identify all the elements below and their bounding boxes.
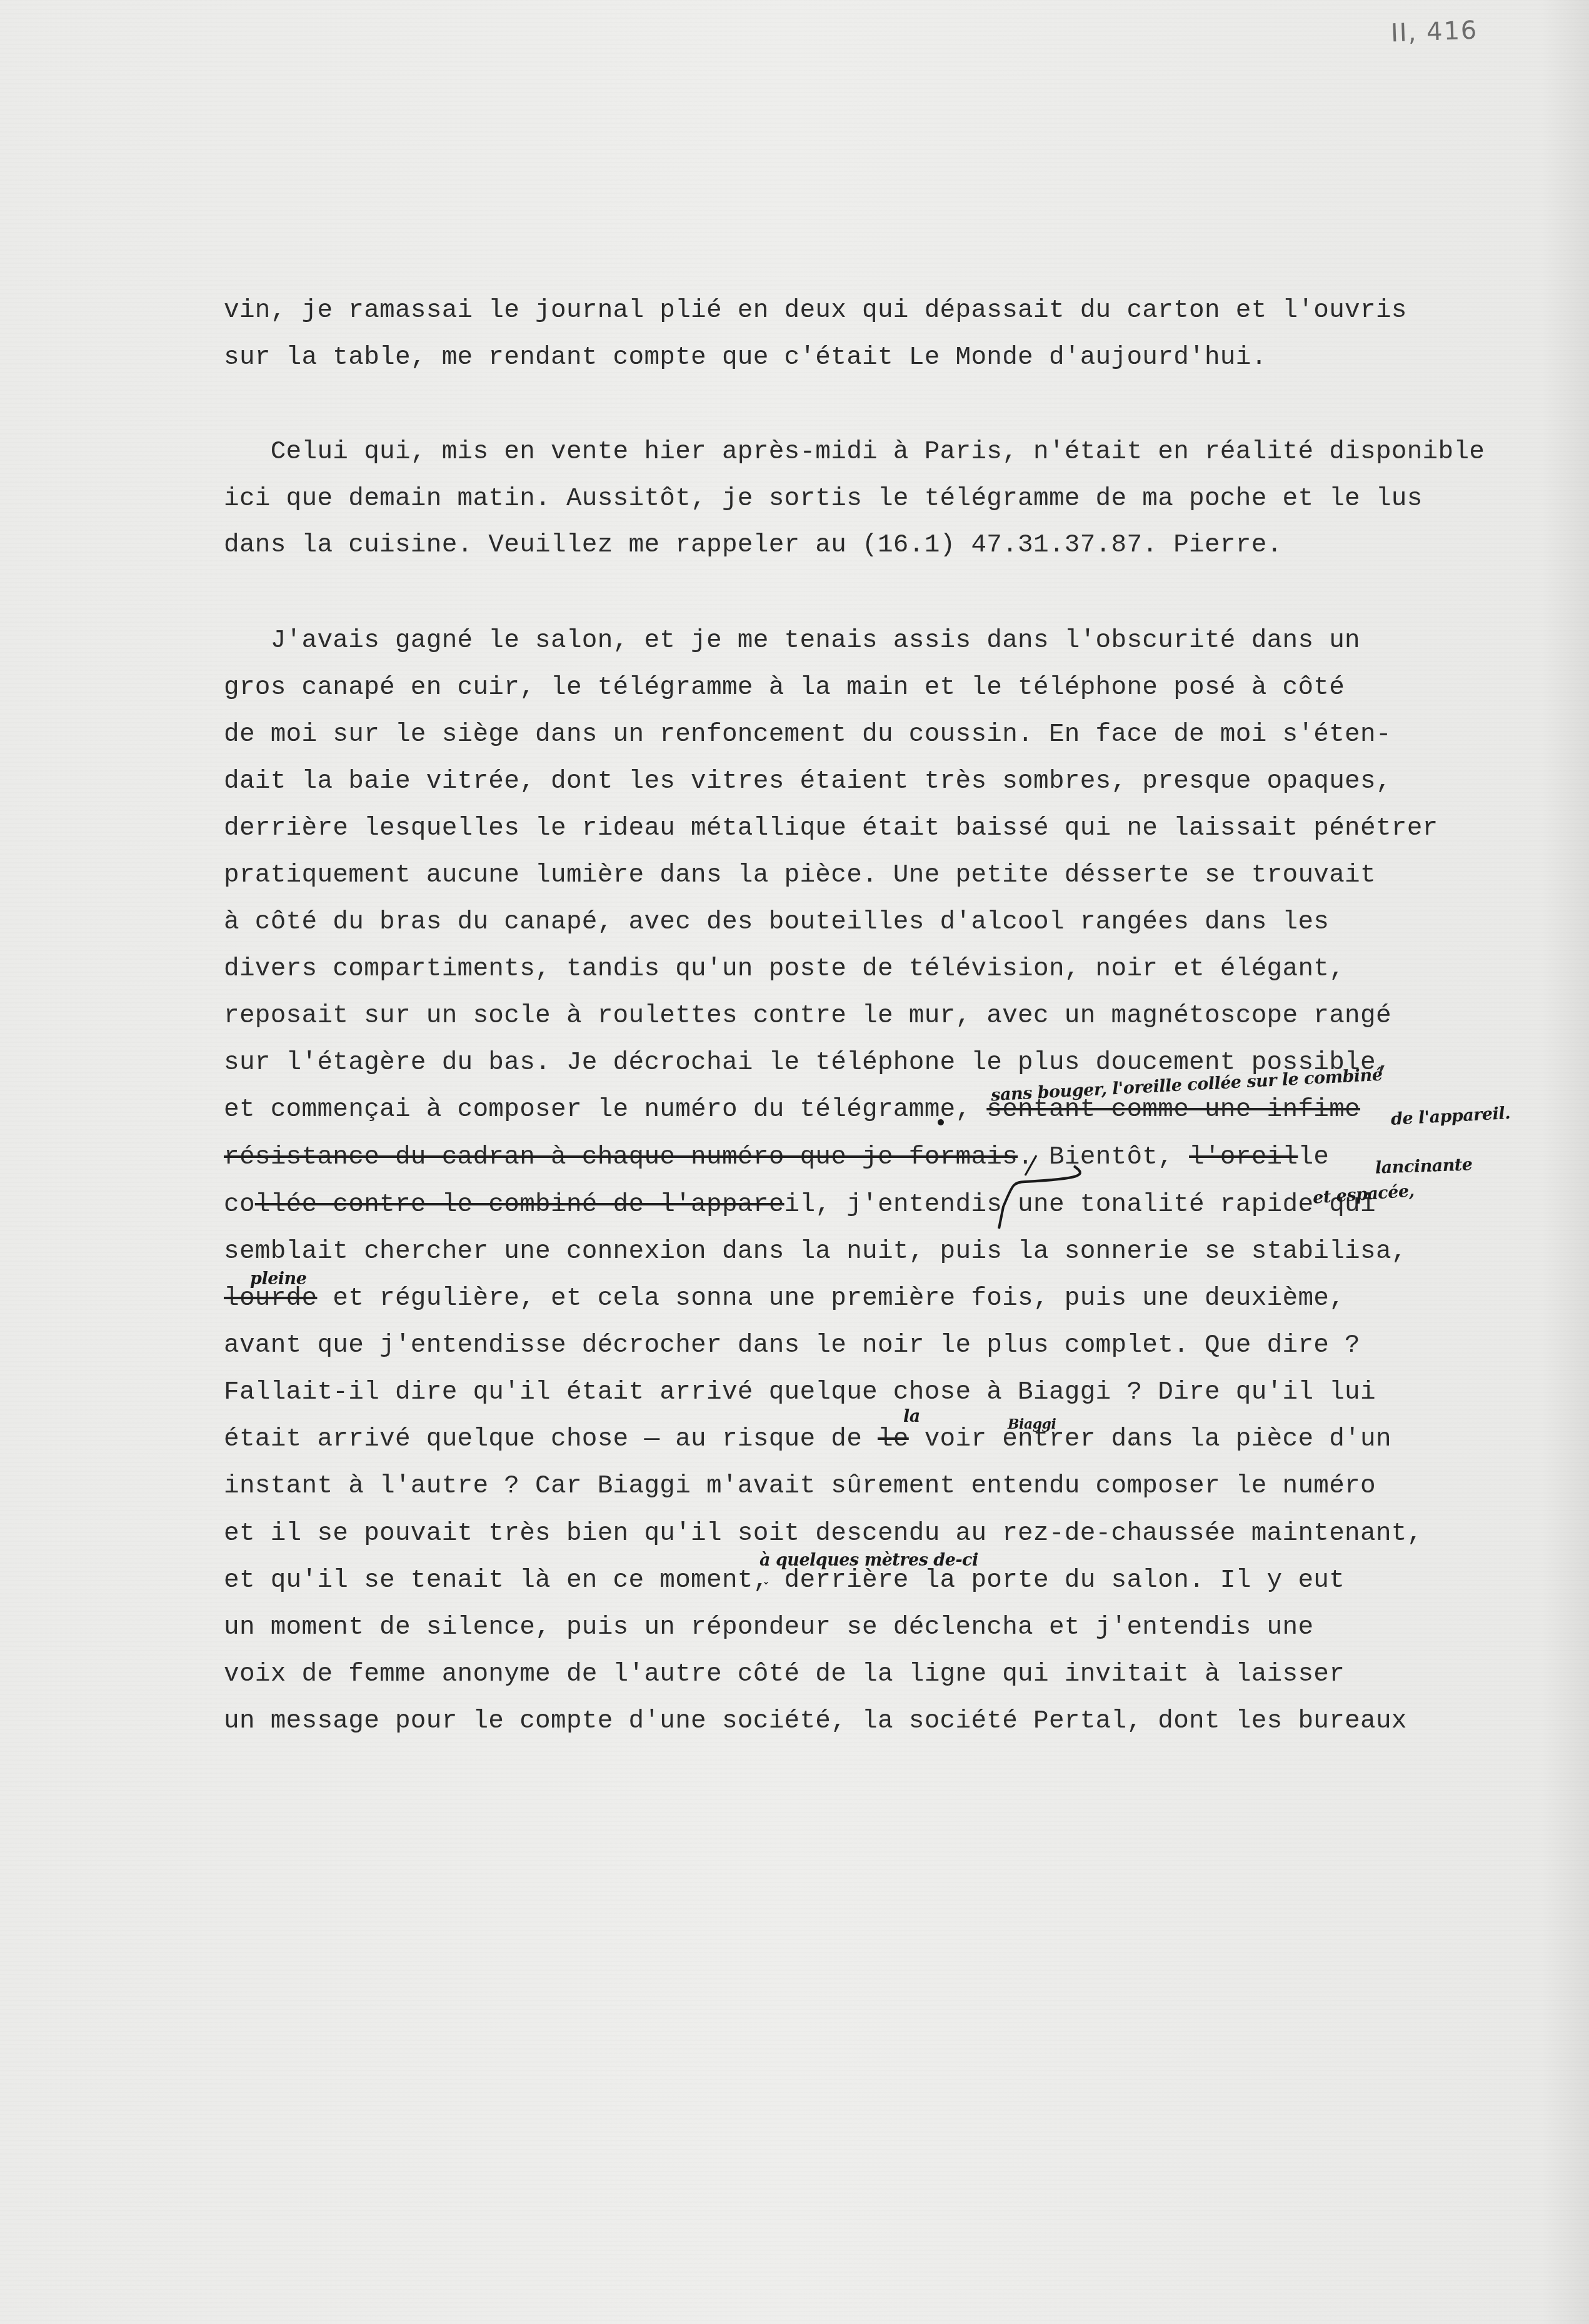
typed-line: Celui qui, mis en vente hier après-midi … bbox=[224, 436, 1485, 468]
typed-text: avant que j'entendisse décrocher dans le… bbox=[224, 1331, 1360, 1360]
typed-line: et il se pouvait très bien qu'il soit de… bbox=[224, 1518, 1423, 1549]
typed-line: dait la baie vitrée, dont les vitres éta… bbox=[224, 766, 1391, 797]
typed-text: et il se pouvait très bien qu'il soit de… bbox=[224, 1519, 1423, 1548]
handwritten-insert: Biaggi bbox=[1008, 1416, 1056, 1432]
typed-text: gros canapé en cuir, le télégramme à la … bbox=[224, 673, 1345, 702]
typed-text: derrière lesquelles le rideau métallique… bbox=[224, 814, 1438, 843]
typed-text: voix de femme anonyme de l'autre côté de… bbox=[224, 1660, 1345, 1689]
typed-text: il, j'entendis une tonalité rapide qui bbox=[784, 1190, 1376, 1219]
typed-text: et qu'il se tenait là en ce moment, derr… bbox=[224, 1566, 1345, 1595]
typed-text: J'avais gagné le salon, et je me tenais … bbox=[224, 626, 1360, 655]
typed-text: dans la cuisine. Veuillez me rappeler au… bbox=[224, 531, 1282, 560]
typed-text: ici que demain matin. Aussitôt, je sorti… bbox=[224, 485, 1423, 513]
folio-number: II, 416 bbox=[1390, 16, 1478, 48]
typed-line: sur la table, me rendant compte que c'ét… bbox=[224, 342, 1267, 373]
typed-line: divers compartiments, tandis qu'un poste… bbox=[224, 953, 1345, 985]
typed-line: résistance du cadran à chaque numéro que… bbox=[224, 1142, 1329, 1173]
typed-line: pratiquement aucune lumière dans la pièc… bbox=[224, 860, 1376, 891]
typed-line: et commençai à composer le numéro du tél… bbox=[224, 1094, 1360, 1125]
typed-text: Fallait-il dire qu'il était arrivé quelq… bbox=[224, 1378, 1376, 1407]
typed-text: voir entrer dans la pièce d'un bbox=[909, 1425, 1391, 1454]
struck-text: l'oreil bbox=[1189, 1143, 1298, 1172]
typed-line: derrière lesquelles le rideau métallique… bbox=[224, 813, 1438, 844]
typed-text: le bbox=[1298, 1143, 1329, 1172]
typed-line: avant que j'entendisse décrocher dans le… bbox=[224, 1330, 1360, 1361]
typed-line: semblait chercher une connexion dans la … bbox=[224, 1236, 1407, 1267]
handwritten-insert: pleine bbox=[250, 1269, 306, 1289]
struck-text: llée contre le combiné de l'appare bbox=[255, 1190, 784, 1219]
typed-text: à côté du bras du canapé, avec des boute… bbox=[224, 908, 1329, 937]
typed-text: un message pour le compte d'une société,… bbox=[224, 1707, 1407, 1736]
typed-line: vin, je ramassai le journal plié en deux… bbox=[224, 295, 1407, 326]
handwritten-insert: la bbox=[903, 1407, 920, 1426]
typed-text: pratiquement aucune lumière dans la pièc… bbox=[224, 861, 1376, 890]
typed-line: reposait sur un socle à roulettes contre… bbox=[224, 1000, 1391, 1032]
insertion-caret: ˇ bbox=[1129, 1441, 1136, 1457]
typed-line: ici que demain matin. Aussitôt, je sorti… bbox=[224, 483, 1423, 515]
struck-text: le bbox=[878, 1425, 909, 1454]
typed-line: à côté du bras du canapé, avec des boute… bbox=[224, 907, 1329, 938]
typed-text: reposait sur un socle à roulettes contre… bbox=[224, 1002, 1391, 1030]
typed-text: Celui qui, mis en vente hier après-midi … bbox=[224, 438, 1485, 466]
typed-text: sur l'étagère du bas. Je décrochai le té… bbox=[224, 1049, 1391, 1077]
typed-text: sur la table, me rendant compte que c'ét… bbox=[224, 343, 1267, 372]
typed-line: instant à l'autre ? Car Biaggi m'avait s… bbox=[224, 1471, 1376, 1502]
typed-text: co bbox=[224, 1190, 255, 1219]
typed-line: dans la cuisine. Veuillez me rappeler au… bbox=[224, 530, 1282, 561]
typed-text: de moi sur le siège dans un renfoncement… bbox=[224, 720, 1391, 749]
typed-text: vin, je ramassai le journal plié en deux… bbox=[224, 296, 1407, 325]
typed-text: instant à l'autre ? Car Biaggi m'avait s… bbox=[224, 1472, 1376, 1501]
struck-text: résistance du cadran à chaque numéro que… bbox=[224, 1143, 1018, 1172]
insertion-caret: ˇ bbox=[763, 1581, 769, 1596]
typed-text: était arrivé quelque chose — au risque d… bbox=[224, 1425, 878, 1454]
typed-line: J'avais gagné le salon, et je me tenais … bbox=[224, 625, 1360, 656]
typed-line: un moment de silence, puis un répondeur … bbox=[224, 1612, 1313, 1643]
typed-text: divers compartiments, tandis qu'un poste… bbox=[224, 955, 1345, 983]
typed-line: un message pour le compte d'une société,… bbox=[224, 1706, 1407, 1737]
typed-line: gros canapé en cuir, le télégramme à la … bbox=[224, 672, 1345, 703]
typed-line: lourde et régulière, et cela sonna une p… bbox=[224, 1283, 1345, 1314]
typed-text: semblait chercher une connexion dans la … bbox=[224, 1237, 1407, 1266]
typed-line: collée contre le combiné de l'appareil, … bbox=[224, 1189, 1376, 1220]
typed-line: voix de femme anonyme de l'autre côté de… bbox=[224, 1659, 1345, 1690]
typed-line: était arrivé quelque chose — au risque d… bbox=[224, 1424, 1391, 1455]
typed-text: et commençai à composer le numéro du tél… bbox=[224, 1095, 986, 1124]
handwritten-insert: à quelques mètres de-ci bbox=[759, 1551, 978, 1570]
typed-text: dait la baie vitrée, dont les vitres éta… bbox=[224, 767, 1391, 796]
typed-text: . Bientôt, bbox=[1018, 1143, 1189, 1172]
typed-text: et régulière, et cela sonna une première… bbox=[317, 1284, 1345, 1313]
typed-line: Fallait-il dire qu'il était arrivé quelq… bbox=[224, 1377, 1376, 1408]
handwritten-insert: lancinante bbox=[1375, 1155, 1473, 1177]
typed-line: de moi sur le siège dans un renfoncement… bbox=[224, 719, 1391, 750]
typed-text: un moment de silence, puis un répondeur … bbox=[224, 1613, 1313, 1642]
